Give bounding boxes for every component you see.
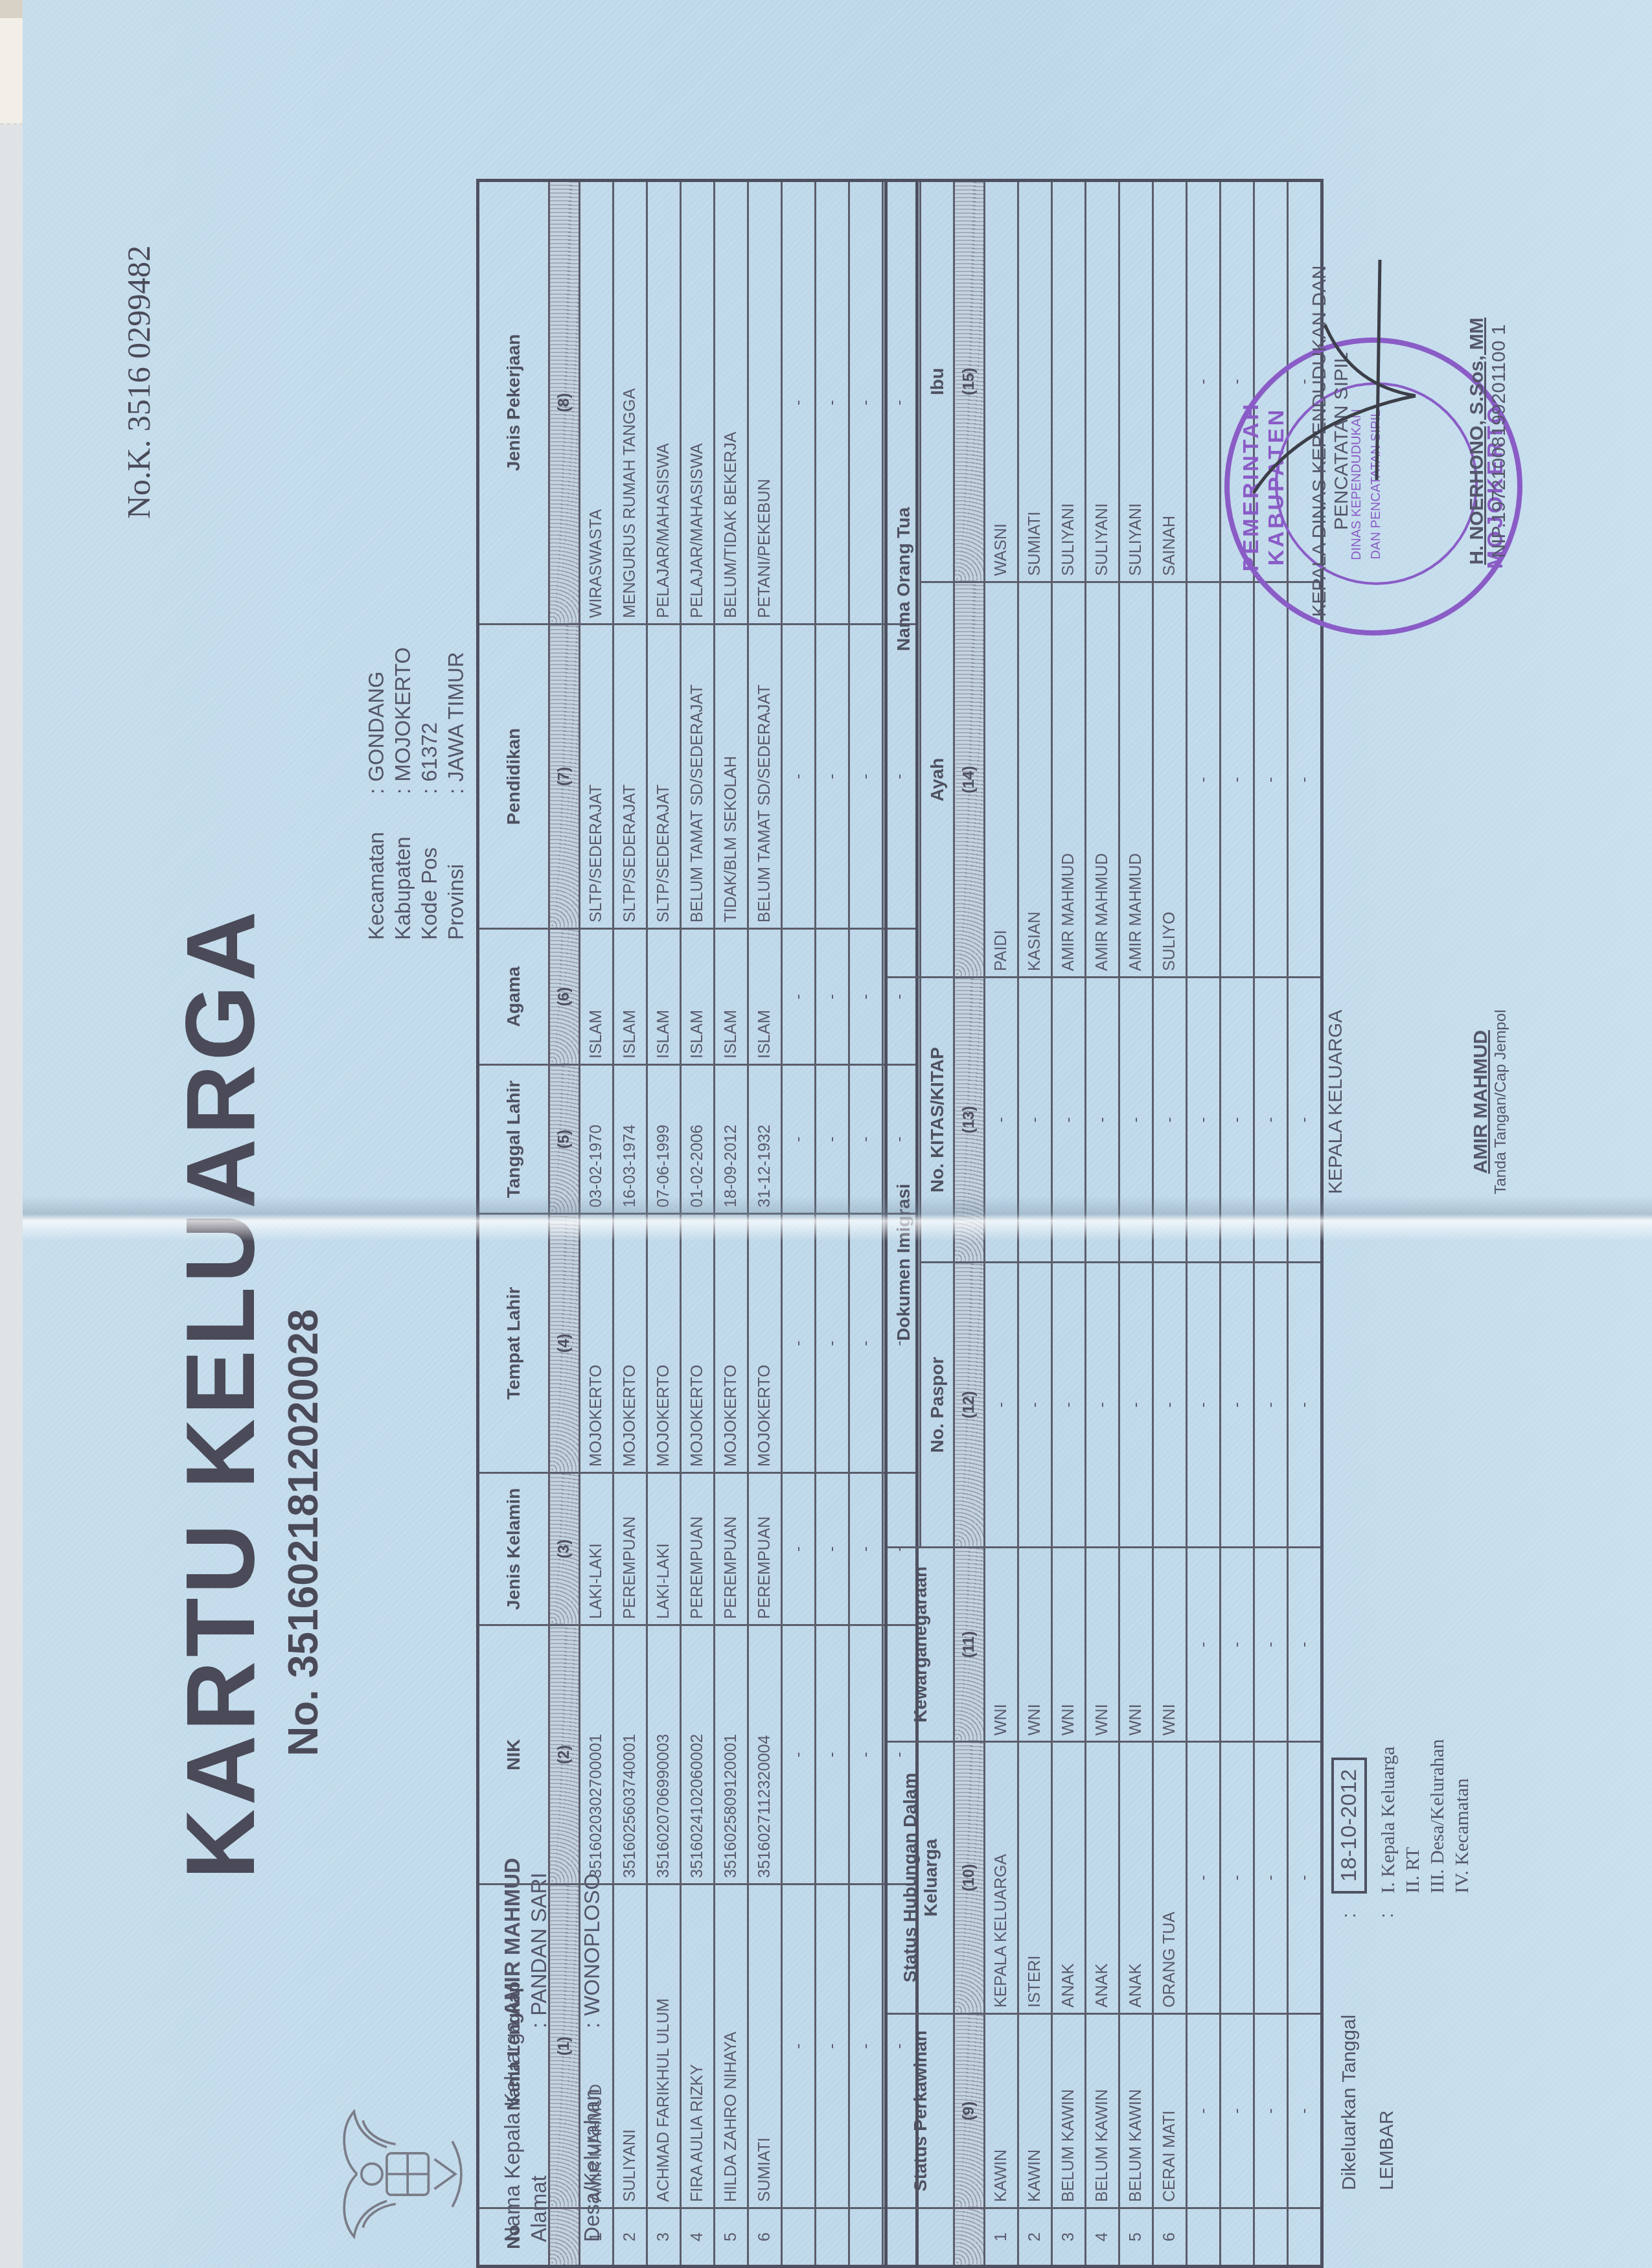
- info-label: Kode Pos: [416, 794, 442, 940]
- official-name: H. NOERHONO, S.Sos, MM: [1466, 247, 1488, 636]
- table-cell: MOJOKERTO: [580, 1214, 614, 1473]
- table-cell: SLTP/SEDERAJAT: [647, 624, 681, 929]
- col-number: (6): [549, 929, 580, 1065]
- table-cell: WIRASWASTA: [580, 181, 614, 624]
- table-cell: 4: [1086, 2208, 1119, 2267]
- col-number: [549, 2208, 580, 2267]
- lembar-list: I. Kepala Keluarga II. RT III. Desa/Kelu…: [1376, 1739, 1474, 1893]
- table-cell: -: [782, 181, 816, 624]
- table-cell: 2: [614, 2208, 647, 2267]
- info-label: Kabupaten: [389, 794, 416, 940]
- table-row: --------: [849, 181, 883, 2267]
- table-cell: -: [1187, 1742, 1221, 2014]
- table-cell: -: [849, 1473, 883, 1625]
- table-cell: MENGURUS RUMAH TANGGA: [614, 181, 647, 624]
- table-cell: [1221, 2208, 1254, 2267]
- table-cell: 3516024102060002: [681, 1625, 715, 1884]
- col-number: (7): [549, 624, 580, 929]
- col-header: Jenis Kelamin: [478, 1473, 549, 1625]
- table-cell: 3: [1052, 2208, 1086, 2267]
- table-cell: WNI: [1052, 1548, 1086, 1742]
- table-row: 4BELUM KAWINANAKWNI--AMIR MAHMUDSULIYANI: [1086, 180, 1119, 2266]
- table-cell: AMIR MAHMUD: [1052, 582, 1086, 977]
- table-cell: MOJOKERTO: [715, 1214, 748, 1473]
- table-cell: -: [782, 1065, 816, 1214]
- table-cell: PELAJAR/MAHASISWA: [681, 181, 715, 624]
- col-number: (9): [954, 2014, 985, 2208]
- table-cell: PEREMPUAN: [681, 1473, 715, 1625]
- table-cell: -: [849, 929, 883, 1065]
- table-cell: -: [816, 1473, 849, 1625]
- table-cell: -: [1221, 1742, 1254, 2014]
- table-cell: FIRA AULIA RIZKY: [681, 1884, 715, 2208]
- table-row: -------: [1187, 180, 1221, 2266]
- table-cell: BELUM/TIDAK BEKERJA: [715, 181, 748, 624]
- col-header: No. Paspor: [921, 1263, 954, 1548]
- table-cell: [1254, 2208, 1288, 2267]
- issued-block: Dikeluarkan Tanggal : 18-10-2012 LEMBAR …: [1331, 1739, 1474, 2190]
- table-cell: PEREMPUAN: [614, 1473, 647, 1625]
- table-cell: -: [816, 929, 849, 1065]
- column-number-row: (1) (2) (3) (4) (5) (6) (7) (8): [549, 181, 580, 2267]
- info-label: Kecamatan: [363, 794, 389, 940]
- table-cell: [816, 2208, 849, 2267]
- table-row: 5HILDA ZAHRO NIHAYA3516025809120001PEREM…: [715, 181, 748, 2267]
- table-cell: -: [816, 624, 849, 929]
- table-cell: SULIYANI: [614, 1884, 647, 2208]
- table-cell: -: [1221, 582, 1254, 977]
- garuda-emblem-icon: [327, 2100, 476, 2249]
- col-number: (14): [954, 582, 985, 977]
- col-header: [886, 2208, 954, 2267]
- signature-icon: [1247, 247, 1428, 519]
- table-cell: ISLAM: [715, 929, 748, 1065]
- col-number: [954, 2208, 985, 2267]
- table-cell: -: [849, 624, 883, 929]
- table-cell: SULIYO: [1153, 582, 1187, 977]
- table-cell: PEREMPUAN: [748, 1473, 782, 1625]
- table-cell: ISLAM: [614, 929, 647, 1065]
- table-cell: -: [1221, 1263, 1254, 1548]
- issued-date: 18-10-2012: [1331, 1758, 1367, 1894]
- table-cell: BELUM KAWIN: [1052, 2014, 1086, 2208]
- table-cell: SUMIATI: [1018, 180, 1052, 582]
- table-cell: SULIYANI: [1086, 180, 1119, 582]
- table-cell: -: [1254, 1548, 1288, 1742]
- col-number: (13): [954, 977, 985, 1262]
- head-sign-name: AMIR MAHMUD: [1470, 940, 1492, 1264]
- table-cell: PETANI/PEKEBUN: [748, 181, 782, 624]
- table-cell: SULIYANI: [1119, 180, 1153, 582]
- info-row: Kabupaten: MOJOKERTO: [389, 647, 416, 940]
- table-cell: -: [849, 1214, 883, 1473]
- col-header: Pendidikan: [478, 624, 549, 929]
- col-header: Tempat Lahir: [478, 1214, 549, 1473]
- table-cell: -: [1288, 1548, 1322, 1742]
- right-info-block: Kecamatan: GONDANG Kabupaten: MOJOKERTO …: [363, 647, 469, 940]
- official-nip: NIP.19721008199201100 1: [1488, 247, 1510, 636]
- table-cell: ISTERI: [1018, 1742, 1052, 2014]
- table-cell: -: [1018, 977, 1052, 1262]
- title-block: KARTU KELUARGA No. 3516021812020028: [172, 907, 327, 1879]
- table-cell: 18-09-2012: [715, 1065, 748, 1214]
- table-cell: 3516020302700001: [580, 1625, 614, 1884]
- col-header: No. KITAS/KITAP: [921, 977, 954, 1262]
- table-cell: SLTP/SEDERAJAT: [614, 624, 647, 929]
- table-cell: PAIDI: [985, 582, 1018, 977]
- table-cell: -: [1288, 1263, 1322, 1548]
- column-number-row: (9) (10) (11) (12) (13) (14) (15): [954, 180, 985, 2266]
- table-cell: -: [1221, 2014, 1254, 2208]
- table-header-row: Status Perkawinan Status Hubungan Dalam …: [886, 180, 921, 2266]
- table-cell: PELAJAR/MAHASISWA: [647, 181, 681, 624]
- info-row: Kode Pos: 61372: [416, 647, 442, 940]
- table-cell: -: [1187, 1548, 1221, 1742]
- col-header: Nama Lengkap: [478, 1884, 549, 2208]
- col-header-group: Nama Orang Tua: [886, 180, 921, 977]
- table-cell: WNI: [1119, 1548, 1153, 1742]
- table-cell: LAKI-LAKI: [580, 1473, 614, 1625]
- table-cell: BELUM TAMAT SD/SEDERAJAT: [748, 624, 782, 929]
- table-cell: AMIR MAHMUD: [1119, 582, 1153, 977]
- table-row: --------: [782, 181, 816, 2267]
- table-cell: AMIR MAHMUD: [1086, 582, 1119, 977]
- table-cell: 07-06-1999: [647, 1065, 681, 1214]
- table-cell: -: [782, 1625, 816, 1884]
- table-cell: WASNI: [985, 180, 1018, 582]
- table-cell: 1: [580, 2208, 614, 2267]
- table-cell: -: [1187, 1263, 1221, 1548]
- table-cell: 5: [715, 2208, 748, 2267]
- col-number: (3): [549, 1473, 580, 1625]
- table-cell: ISLAM: [580, 929, 614, 1065]
- head-sign-title: KEPALA KELUARGA: [1325, 940, 1347, 1264]
- table-row: 3ACHMAD FARIKHUL ULUM3516020706990003LAK…: [647, 181, 681, 2267]
- info-row: Provinsi: JAWA TIMUR: [442, 647, 469, 940]
- table-cell: ANAK: [1086, 1742, 1119, 2014]
- table-cell: SLTP/SEDERAJAT: [580, 624, 614, 929]
- table-cell: -: [1254, 977, 1288, 1262]
- card-number: No. 3516021812020028: [279, 907, 327, 1756]
- table-cell: -: [849, 1884, 883, 2208]
- table-cell: KAWIN: [1018, 2014, 1052, 2208]
- table-cell: -: [1254, 1742, 1288, 2014]
- table-cell: -: [1119, 1263, 1153, 1548]
- col-header: Status Perkawinan: [886, 2014, 954, 2208]
- col-number: (15): [954, 180, 985, 582]
- table-cell: -: [1187, 582, 1221, 977]
- col-number: (2): [549, 1625, 580, 1884]
- table-cell: 4: [681, 2208, 715, 2267]
- table-cell: KASIAN: [1018, 582, 1052, 977]
- table-cell: -: [1086, 1263, 1119, 1548]
- table-cell: -: [1221, 1548, 1254, 1742]
- table-cell: 3: [647, 2208, 681, 2267]
- table-cell: 3516025809120001: [715, 1625, 748, 1884]
- table-cell: -: [782, 929, 816, 1065]
- table-cell: -: [1052, 1263, 1086, 1548]
- table-cell: -: [1187, 977, 1221, 1262]
- table-cell: BELUM KAWIN: [1086, 2014, 1119, 2208]
- table-cell: ANAK: [1052, 1742, 1086, 2014]
- table-row: 4FIRA AULIA RIZKY3516024102060002PEREMPU…: [681, 181, 715, 2267]
- table-cell: -: [816, 1625, 849, 1884]
- col-number: (10): [954, 1742, 985, 2014]
- lembar-label: LEMBAR: [1376, 1918, 1474, 2190]
- col-header: Ibu: [921, 180, 954, 582]
- table-cell: MOJOKERTO: [748, 1214, 782, 1473]
- col-header: Kewarganegaraan: [886, 1548, 954, 1742]
- table-cell: ISLAM: [681, 929, 715, 1065]
- table-cell: -: [1119, 977, 1153, 1262]
- table-cell: -: [1254, 1263, 1288, 1548]
- table-row: --------: [816, 181, 849, 2267]
- table-cell: -: [1288, 1742, 1322, 2014]
- table-cell: PEREMPUAN: [715, 1473, 748, 1625]
- table-cell: ACHMAD FARIKHUL ULUM: [647, 1884, 681, 2208]
- table-cell: [849, 2208, 883, 2267]
- table-row: 2KAWINISTERIWNI--KASIANSUMIATI: [1018, 180, 1052, 2266]
- col-number: (1): [549, 1884, 580, 2208]
- info-value: GONDANG: [363, 671, 389, 788]
- serial-number: No.K. 3516 0299482: [120, 246, 157, 519]
- table-cell: -: [1254, 2014, 1288, 2208]
- table-cell: ISLAM: [647, 929, 681, 1065]
- serial-label: No.K.: [120, 440, 157, 519]
- col-header-group: Dokumen Imigrasi: [886, 977, 921, 1547]
- col-number: (12): [954, 1263, 985, 1548]
- table-cell: 5: [1119, 2208, 1153, 2267]
- table-cell: -: [782, 1884, 816, 2208]
- table-cell: -: [849, 1625, 883, 1884]
- table-cell: SUMIATI: [748, 1884, 782, 2208]
- info-value: JAWA TIMUR: [442, 652, 469, 788]
- table-row: 3BELUM KAWINANAKWNI--AMIR MAHMUDSULIYANI: [1052, 180, 1086, 2266]
- table-cell: 3516027112320004: [748, 1625, 782, 1884]
- table-cell: HILDA ZAHRO NIHAYA: [715, 1884, 748, 2208]
- table-cell: -: [782, 1473, 816, 1625]
- table-header-row: No Nama Lengkap NIK Jenis Kelamin Tempat…: [478, 181, 549, 2267]
- table-cell: -: [1052, 977, 1086, 1262]
- table-cell: WNI: [985, 1548, 1018, 1742]
- table-cell: -: [782, 1214, 816, 1473]
- table-cell: -: [1221, 977, 1254, 1262]
- table-cell: WNI: [1153, 1548, 1187, 1742]
- table-cell: BELUM TAMAT SD/SEDERAJAT: [681, 624, 715, 929]
- table-cell: 1: [985, 2208, 1018, 2267]
- table-cell: -: [1288, 2014, 1322, 2208]
- table-cell: -: [816, 1884, 849, 2208]
- table-cell: -: [1187, 180, 1221, 582]
- table-cell: ANAK: [1119, 1742, 1153, 2014]
- card-number-value: 3516021812020028: [280, 1309, 327, 1678]
- table-cell: SULIYANI: [1052, 180, 1086, 582]
- serial-value: 3516 0299482: [120, 246, 157, 432]
- table-cell: KEPALA KELUARGA: [985, 1742, 1018, 2014]
- table-row: 5BELUM KAWINANAKWNI--AMIR MAHMUDSULIYANI: [1119, 180, 1153, 2266]
- table-cell: -: [1086, 977, 1119, 1262]
- members-table-body: 1AMIR MAHMUD3516020302700001LAKI-LAKIMOJ…: [580, 181, 917, 2267]
- lembar-item: I. Kepala Keluarga: [1376, 1739, 1401, 1893]
- col-number: (4): [549, 1214, 580, 1473]
- col-header: Status Hubungan Dalam Keluarga: [886, 1742, 954, 2014]
- table-cell: 31-12-1932: [748, 1065, 782, 1214]
- table-cell: -: [1153, 977, 1187, 1262]
- table-cell: ISLAM: [748, 929, 782, 1065]
- table-cell: 6: [748, 2208, 782, 2267]
- table-cell: 16-03-1974: [614, 1065, 647, 1214]
- table-row: 1KAWINKEPALA KELUARGAWNI--PAIDIWASNI: [985, 180, 1018, 2266]
- table-cell: -: [816, 1214, 849, 1473]
- table-cell: 6: [1153, 2208, 1187, 2267]
- col-header: Jenis Pekerjaan: [478, 181, 549, 624]
- col-header: Ayah: [921, 582, 954, 977]
- table-cell: KAWIN: [985, 2014, 1018, 2208]
- table-cell: MOJOKERTO: [614, 1214, 647, 1473]
- table-cell: 2: [1018, 2208, 1052, 2267]
- table-cell: -: [1254, 582, 1288, 977]
- table-cell: -: [1018, 1263, 1052, 1548]
- table-cell: -: [816, 1065, 849, 1214]
- table-cell: -: [816, 181, 849, 624]
- table-cell: -: [1153, 1263, 1187, 1548]
- col-number: (8): [549, 181, 580, 624]
- table-cell: ORANG TUA: [1153, 1742, 1187, 2014]
- info-value: 61372: [416, 722, 442, 788]
- col-header: No: [478, 2208, 549, 2267]
- page-title: KARTU KELUARGA: [172, 907, 269, 1879]
- table-cell: TIDAK/BLM SEKOLAH: [715, 624, 748, 929]
- table-row: 2SULIYANI3516025603740001PEREMPUANMOJOKE…: [614, 181, 647, 2267]
- table-cell: -: [985, 977, 1018, 1262]
- table-cell: WNI: [1086, 1548, 1119, 1742]
- col-header: Tanggal Lahir: [478, 1065, 549, 1214]
- table-row: 6CERAI MATIORANG TUAWNI--SULIYOSAINAH: [1153, 180, 1187, 2266]
- table-cell: AMIR MAHMUD: [580, 1884, 614, 2208]
- table-cell: -: [849, 1065, 883, 1214]
- issued-label: Dikeluarkan Tanggal: [1338, 1918, 1360, 2190]
- info-row: Kecamatan: GONDANG: [363, 647, 389, 940]
- table-cell: 3516020706990003: [647, 1625, 681, 1884]
- table-cell: WNI: [1018, 1548, 1052, 1742]
- info-label: Provinsi: [442, 794, 469, 940]
- table-cell: 03-02-1970: [580, 1065, 614, 1214]
- table-cell: LAKI-LAKI: [647, 1473, 681, 1625]
- table-cell: [1288, 2208, 1322, 2267]
- table-cell: -: [782, 624, 816, 929]
- table-cell: 01-02-2006: [681, 1065, 715, 1214]
- table-cell: MOJOKERTO: [647, 1214, 681, 1473]
- col-number: (11): [954, 1548, 985, 1742]
- table-cell: -: [985, 1263, 1018, 1548]
- table-cell: -: [1187, 2014, 1221, 2208]
- col-number: (5): [549, 1065, 580, 1214]
- card-number-label: No.: [280, 1690, 327, 1756]
- table-row: 1AMIR MAHMUD3516020302700001LAKI-LAKIMOJ…: [580, 181, 614, 2267]
- table-cell: -: [849, 181, 883, 624]
- head-sign-caption: Tanda Tangan/Cap Jempol: [1492, 940, 1510, 1264]
- lembar-item: II. RT: [1401, 1739, 1425, 1893]
- info-value: MOJOKERTO: [389, 647, 416, 788]
- table-cell: BELUM KAWIN: [1119, 2014, 1153, 2208]
- table-cell: [1187, 2208, 1221, 2267]
- family-card-document: Nama Kepala Keluarga: AMIR MAHMUD Alamat…: [23, 0, 1652, 2268]
- lembar-item: III. Desa/Kelurahan: [1425, 1739, 1450, 1893]
- table-cell: SAINAH: [1153, 180, 1187, 582]
- lembar-item: IV. Kecamatan: [1450, 1739, 1474, 1893]
- table-cell: -: [1288, 582, 1322, 977]
- table-cell: MOJOKERTO: [681, 1214, 715, 1473]
- col-header: NIK: [478, 1625, 549, 1884]
- table-cell: -: [1288, 977, 1322, 1262]
- members-table: No Nama Lengkap NIK Jenis Kelamin Tempat…: [476, 179, 919, 2268]
- table-cell: 3516025603740001: [614, 1625, 647, 1884]
- head-signature-block: KEPALA KELUARGA AMIR MAHMUD Tanda Tangan…: [1325, 940, 1510, 1264]
- table-row: 6SUMIATI3516027112320004PEREMPUANMOJOKER…: [748, 181, 782, 2267]
- table-cell: CERAI MATI: [1153, 2014, 1187, 2208]
- col-header: Agama: [478, 929, 549, 1065]
- table-cell: [782, 2208, 816, 2267]
